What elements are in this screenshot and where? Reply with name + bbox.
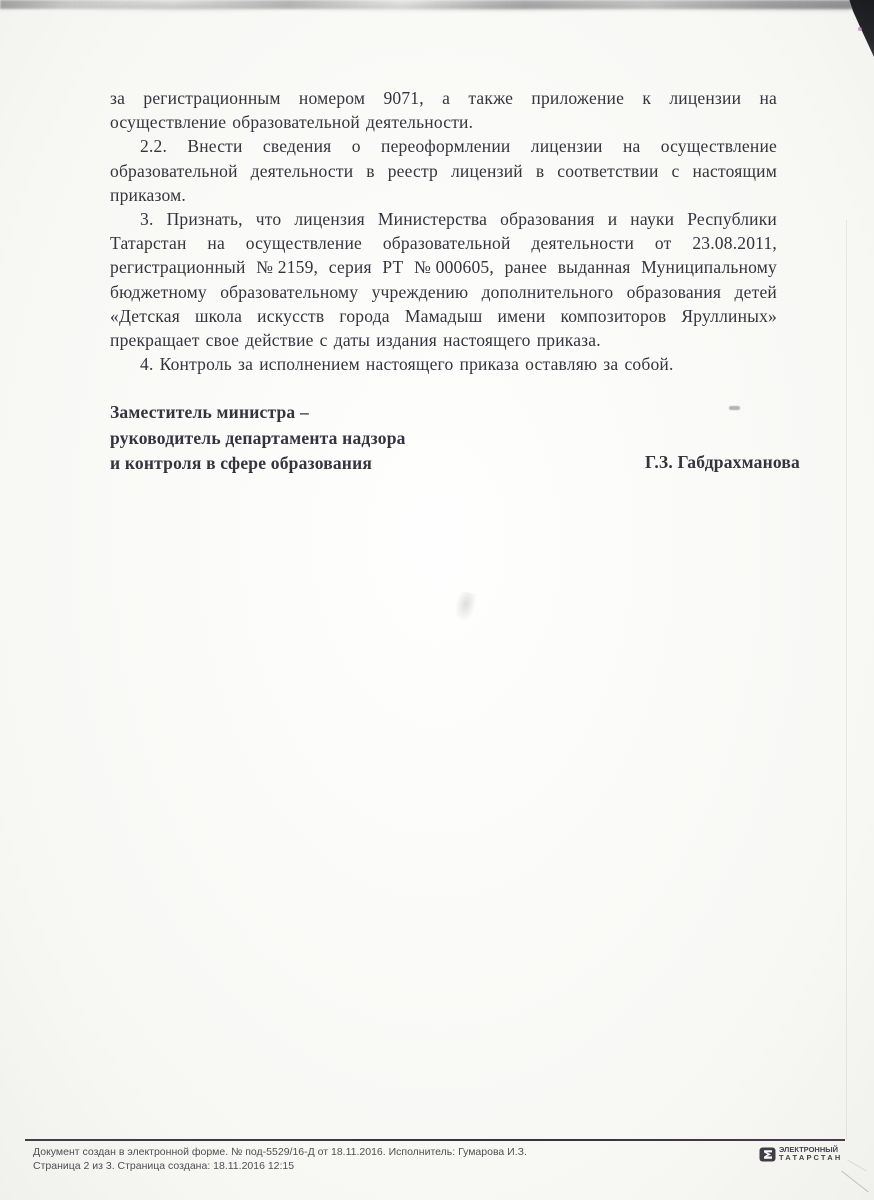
order-body-text: за регистрационным номером 9071, а также… bbox=[110, 86, 777, 376]
electronic-tatarstan-logo-icon bbox=[759, 1147, 776, 1162]
signer-position-line-2: руководитель департамента надзора bbox=[110, 426, 406, 452]
corner-fold-artifact-secondary bbox=[847, 1160, 867, 1172]
paragraph-continued: за регистрационным номером 9071, а также… bbox=[110, 86, 777, 134]
paragraph-4: 4. Контроль за исполнением настоящего пр… bbox=[110, 352, 777, 376]
corner-fold-artifact bbox=[841, 1171, 868, 1193]
paragraph-2-2: 2.2. Внести сведения о переоформлении ли… bbox=[110, 134, 777, 207]
signer-name: Г.З. Габдрахманова bbox=[645, 450, 800, 477]
signer-position-line-3: и контроля в сфере образования bbox=[110, 451, 406, 477]
footer-divider bbox=[25, 1139, 845, 1141]
paper-edge-line-artifact bbox=[846, 220, 847, 1140]
footer-info: Документ создан в электронной форме. № п… bbox=[33, 1146, 673, 1173]
electronic-tatarstan-logo: ЭЛЕКТРОННЫЙ ТАТАРСТАН bbox=[759, 1146, 842, 1162]
signer-position: Заместитель министра – руководитель депа… bbox=[110, 400, 406, 477]
scanned-document-page: за регистрационным номером 9071, а также… bbox=[0, 0, 874, 1200]
scan-corner-dot-artifact bbox=[858, 27, 862, 31]
footer-info-line-1: Документ создан в электронной форме. № п… bbox=[33, 1146, 673, 1160]
signer-position-line-1: Заместитель министра – bbox=[110, 400, 406, 426]
signature-block: Заместитель министра – руководитель депа… bbox=[110, 400, 800, 477]
logo-text-line-2: ТАТАРСТАН bbox=[779, 1154, 842, 1162]
smudge-artifact bbox=[451, 590, 478, 624]
paragraph-3: 3. Признать, что лицензия Министерства о… bbox=[110, 207, 777, 352]
footer-info-line-2: Страница 2 из 3. Страница создана: 18.11… bbox=[33, 1160, 673, 1174]
electronic-tatarstan-logo-text: ЭЛЕКТРОННЫЙ ТАТАРСТАН bbox=[779, 1146, 842, 1162]
scan-edge-artifact-top-secondary bbox=[60, 4, 850, 10]
